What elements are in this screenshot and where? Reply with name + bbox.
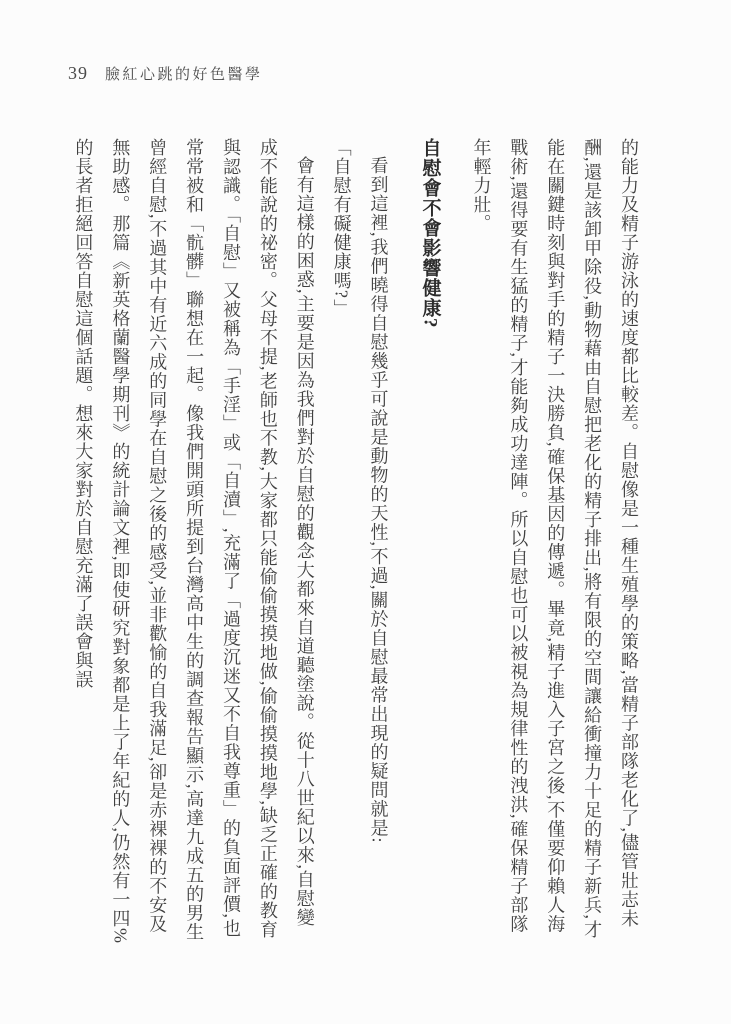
paragraph-sperm-strategy: 的能力及精子游泳的速度都比較差。自慰像是一種生殖學的策略,當精子部隊老化了,儘管… [463,138,647,944]
paragraph-quote-question: 「自慰有礙健康嗎?」 [323,138,360,944]
page-body: 的能力及精子游泳的速度都比較差。自慰像是一種生殖學的策略,當精子部隊老化了,儘管… [65,138,647,944]
running-head: 39 臉紅心跳的好色醫學 [68,63,263,84]
page-number: 39 [68,63,88,84]
running-title: 臉紅心跳的好色醫學 [105,63,263,84]
book-page: 39 臉紅心跳的好色醫學 的能力及精子游泳的速度都比較差。自慰像是一種生殖學的策… [0,0,731,1024]
paragraph-common-question: 看到這裡,我們曉得自慰幾乎可說是動物的天性,不過,關於自慰最常出現的疑問就是: [360,138,397,944]
paragraph-misconceptions: 會有這樣的困惑,主要是因為我們對於自慰的觀念大都來自道聽塗說。從十八世紀以來,自… [65,138,323,944]
section-heading: 自慰會不會影響健康? [411,138,449,944]
